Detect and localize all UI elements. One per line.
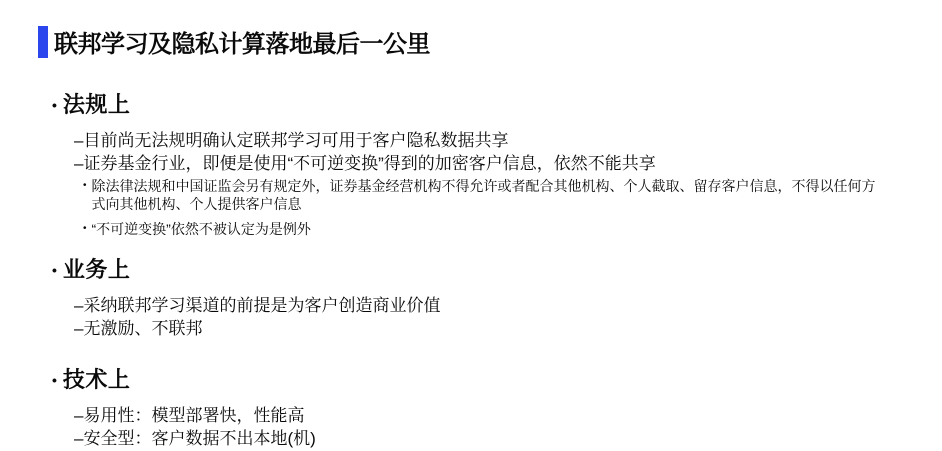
section-heading-row: • 业务上 <box>52 256 912 284</box>
presentation-slide: 联邦学习及隐私计算落地最后一公里 • 法规上 – 目前尚无法规明确认定联邦学习可… <box>0 0 942 451</box>
section-heading: 业务上 <box>63 256 131 284</box>
list-item-text: 无激励、不联邦 <box>83 317 202 340</box>
list-item: – 采纳联邦学习渠道的前提是为客户创造商业价值 <box>74 294 912 317</box>
dash-bullet-icon: – <box>74 152 83 175</box>
bullet-dot-icon: • <box>83 177 87 213</box>
section-regulations: • 法规上 – 目前尚无法规明确认定联邦学习可用于客户隐私数据共享 – 证券基金… <box>52 91 912 238</box>
list-item-text: 安全型：客户数据不出本地(机) <box>83 427 315 450</box>
bullet-dot-icon: • <box>52 256 57 284</box>
list-item-text: 目前尚无法规明确认定联邦学习可用于客户隐私数据共享 <box>83 129 508 152</box>
sub-list-item: • 除法律法规和中国证监会另有规定外，证券基金经营机构不得允许或者配合其他机构、… <box>83 177 912 213</box>
dash-bullet-icon: – <box>74 294 83 317</box>
list-item: – 易用性：模型部署快，性能高 <box>74 404 912 427</box>
dash-bullet-icon: – <box>74 404 83 427</box>
title-accent-bar-icon <box>38 26 48 58</box>
list-item-text: 证券基金行业，即便是使用“不可逆变换”得到的加密客户信息，依然不能共享 <box>83 152 655 175</box>
dash-bullet-icon: – <box>74 427 83 450</box>
list-item: – 安全型：客户数据不出本地(机) <box>74 427 912 450</box>
list-item-text: 采纳联邦学习渠道的前提是为客户创造商业价值 <box>83 294 440 317</box>
bullet-dot-icon: • <box>52 366 57 394</box>
list-item-text: 易用性：模型部署快，性能高 <box>83 404 304 427</box>
section-heading-row: • 法规上 <box>52 91 912 119</box>
section-heading: 法规上 <box>63 91 131 119</box>
bullet-dot-icon: • <box>83 220 87 238</box>
sub-list-item-text: “不可逆变换”依然不被认定为是例外 <box>92 220 311 238</box>
slide-title: 联邦学习及隐私计算落地最后一公里 <box>54 24 430 59</box>
sub-list-item-text: 除法律法规和中国证监会另有规定外，证券基金经营机构不得允许或者配合其他机构、个人… <box>92 177 882 213</box>
bullet-dot-icon: • <box>52 91 57 119</box>
section-technology: • 技术上 – 易用性：模型部署快，性能高 – 安全型：客户数据不出本地(机) <box>52 366 912 450</box>
section-heading: 技术上 <box>63 366 131 394</box>
slide-title-row: 联邦学习及隐私计算落地最后一公里 <box>38 24 430 59</box>
sub-list-item: • “不可逆变换”依然不被认定为是例外 <box>83 220 912 238</box>
dash-bullet-icon: – <box>74 129 83 152</box>
section-heading-row: • 技术上 <box>52 366 912 394</box>
section-business: • 业务上 – 采纳联邦学习渠道的前提是为客户创造商业价值 – 无激励、不联邦 <box>52 256 912 340</box>
dash-bullet-icon: – <box>74 317 83 340</box>
list-item: – 目前尚无法规明确认定联邦学习可用于客户隐私数据共享 <box>74 129 912 152</box>
list-item: – 无激励、不联邦 <box>74 317 912 340</box>
list-item: – 证券基金行业，即便是使用“不可逆变换”得到的加密客户信息，依然不能共享 <box>74 152 912 175</box>
